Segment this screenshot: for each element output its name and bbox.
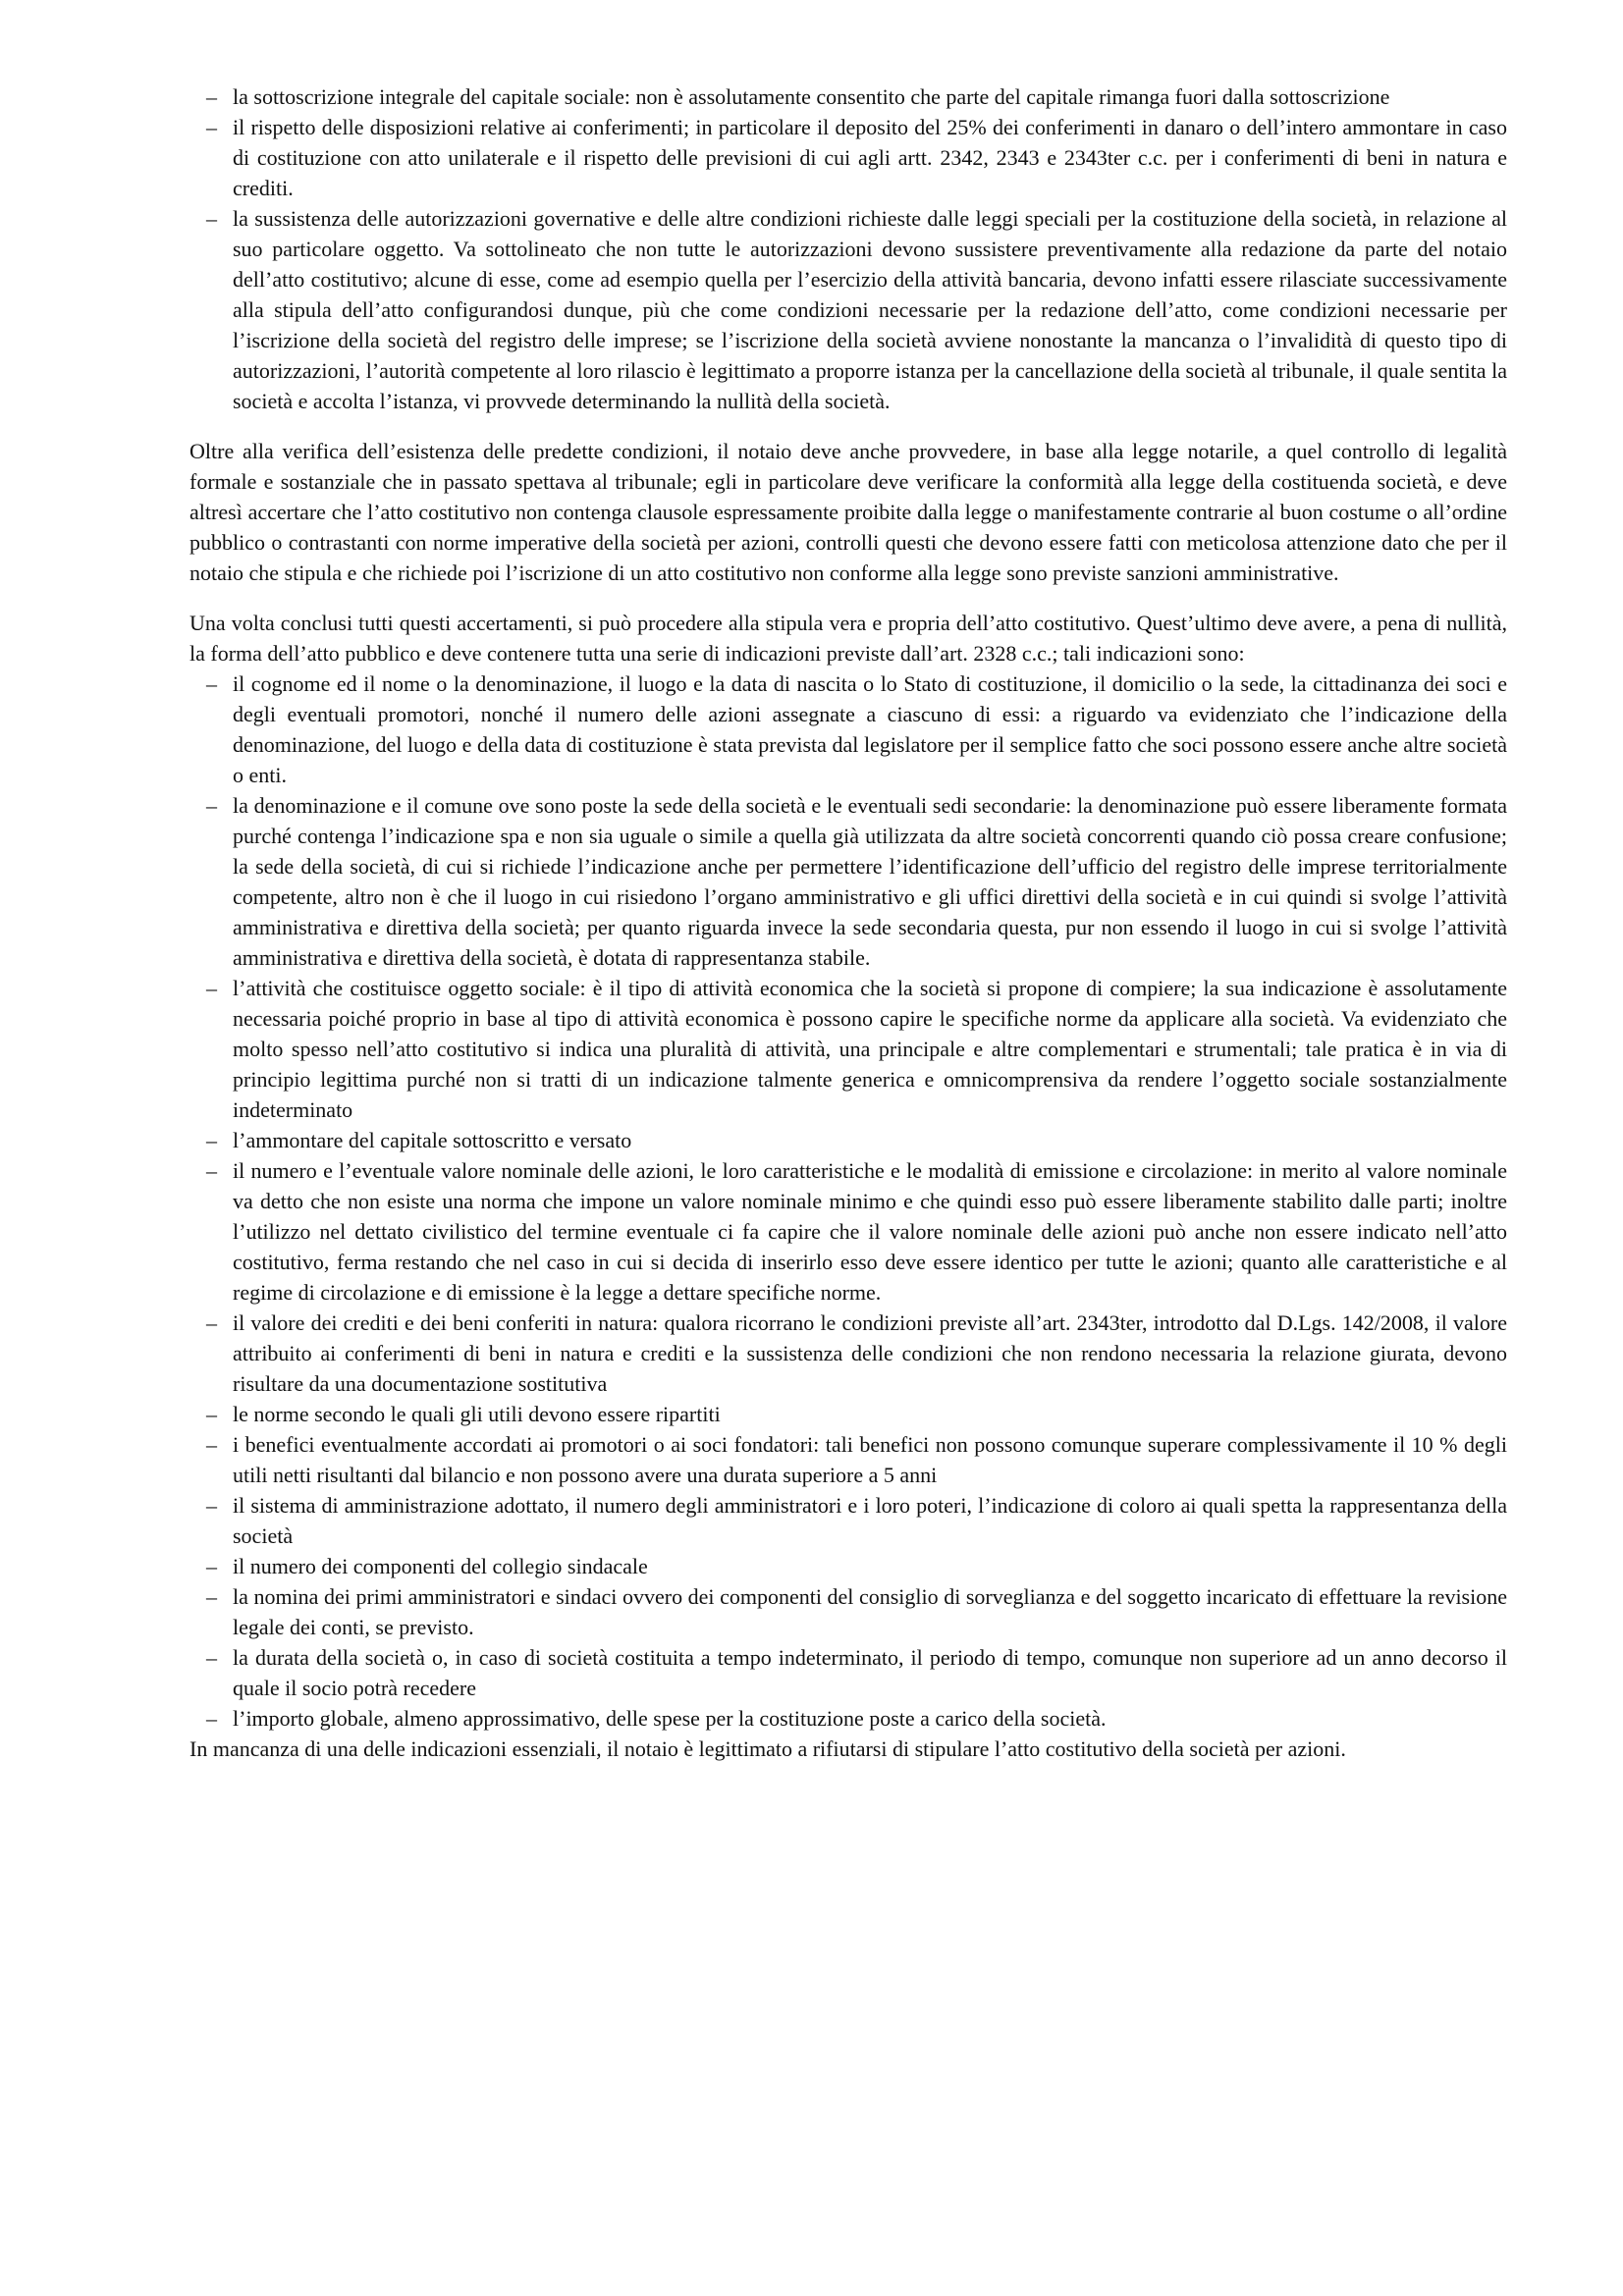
- bullet-dash-icon: –: [206, 1581, 217, 1612]
- list-item-text: l’attività che costituisce oggetto socia…: [233, 976, 1507, 1122]
- paragraph-stipulation: Una volta conclusi tutti questi accertam…: [189, 608, 1507, 668]
- bullet-dash-icon: –: [206, 1490, 217, 1521]
- list-item: –la denominazione e il comune ove sono p…: [189, 790, 1507, 973]
- list-item-text: la sottoscrizione integrale del capitale…: [233, 84, 1389, 109]
- bullet-dash-icon: –: [206, 1155, 217, 1186]
- list-item-text: il sistema di amministrazione adottato, …: [233, 1493, 1507, 1548]
- list-item: –il numero dei componenti del collegio s…: [189, 1551, 1507, 1581]
- list-item-text: il numero e l’eventuale valore nominale …: [233, 1158, 1507, 1305]
- bullet-dash-icon: –: [206, 1429, 217, 1460]
- list-item-text: il numero dei componenti del collegio si…: [233, 1554, 648, 1578]
- list-item-text: il cognome ed il nome o la denominazione…: [233, 671, 1507, 787]
- list-item: –l’importo globale, almeno approssimativ…: [189, 1703, 1507, 1734]
- bullet-dash-icon: –: [206, 1308, 217, 1338]
- list-item-text: il rispetto delle disposizioni relative …: [233, 115, 1507, 200]
- bullet-dash-icon: –: [206, 1125, 217, 1155]
- bullet-dash-icon: –: [206, 668, 217, 699]
- bullet-dash-icon: –: [206, 203, 217, 234]
- indications-bullet-list: –il cognome ed il nome o la denominazion…: [189, 668, 1507, 1734]
- bullet-dash-icon: –: [206, 1703, 217, 1734]
- bullet-dash-icon: –: [206, 1399, 217, 1429]
- list-item: –la sussistenza delle autorizzazioni gov…: [189, 203, 1507, 416]
- list-item-text: il valore dei crediti e dei beni conferi…: [233, 1310, 1507, 1396]
- list-item: –il rispetto delle disposizioni relative…: [189, 112, 1507, 203]
- paragraph-notary-checks: Oltre alla verifica dell’esistenza delle…: [189, 436, 1507, 588]
- list-item: –l’ammontare del capitale sottoscritto e…: [189, 1125, 1507, 1155]
- closing-paragraph: In mancanza di una delle indicazioni ess…: [189, 1734, 1507, 1764]
- list-item: –il cognome ed il nome o la denominazion…: [189, 668, 1507, 790]
- list-item-text: la nomina dei primi amministratori e sin…: [233, 1584, 1507, 1639]
- list-item-text: i benefici eventualmente accordati ai pr…: [233, 1432, 1507, 1487]
- bullet-dash-icon: –: [206, 81, 217, 112]
- list-item: –la sottoscrizione integrale del capital…: [189, 81, 1507, 112]
- intro-bullet-list: –la sottoscrizione integrale del capital…: [189, 81, 1507, 416]
- list-item-text: le norme secondo le quali gli utili devo…: [233, 1402, 721, 1426]
- list-item: –il sistema di amministrazione adottato,…: [189, 1490, 1507, 1551]
- bullet-dash-icon: –: [206, 1551, 217, 1581]
- bullet-dash-icon: –: [206, 1642, 217, 1673]
- list-item: –il valore dei crediti e dei beni confer…: [189, 1308, 1507, 1399]
- list-item: –il numero e l’eventuale valore nominale…: [189, 1155, 1507, 1308]
- list-item: –la durata della società o, in caso di s…: [189, 1642, 1507, 1703]
- bullet-dash-icon: –: [206, 973, 217, 1003]
- list-item: –la nomina dei primi amministratori e si…: [189, 1581, 1507, 1642]
- list-item-text: l’ammontare del capitale sottoscritto e …: [233, 1128, 631, 1152]
- list-item: –le norme secondo le quali gli utili dev…: [189, 1399, 1507, 1429]
- document-page: –la sottoscrizione integrale del capital…: [0, 0, 1623, 2296]
- list-item-text: la denominazione e il comune ove sono po…: [233, 793, 1507, 970]
- list-item: –l’attività che costituisce oggetto soci…: [189, 973, 1507, 1125]
- list-item: –i benefici eventualmente accordati ai p…: [189, 1429, 1507, 1490]
- list-item-text: la sussistenza delle autorizzazioni gove…: [233, 206, 1507, 413]
- bullet-dash-icon: –: [206, 112, 217, 142]
- list-item-text: la durata della società o, in caso di so…: [233, 1645, 1507, 1700]
- list-item-text: l’importo globale, almeno approssimativo…: [233, 1706, 1107, 1731]
- bullet-dash-icon: –: [206, 790, 217, 821]
